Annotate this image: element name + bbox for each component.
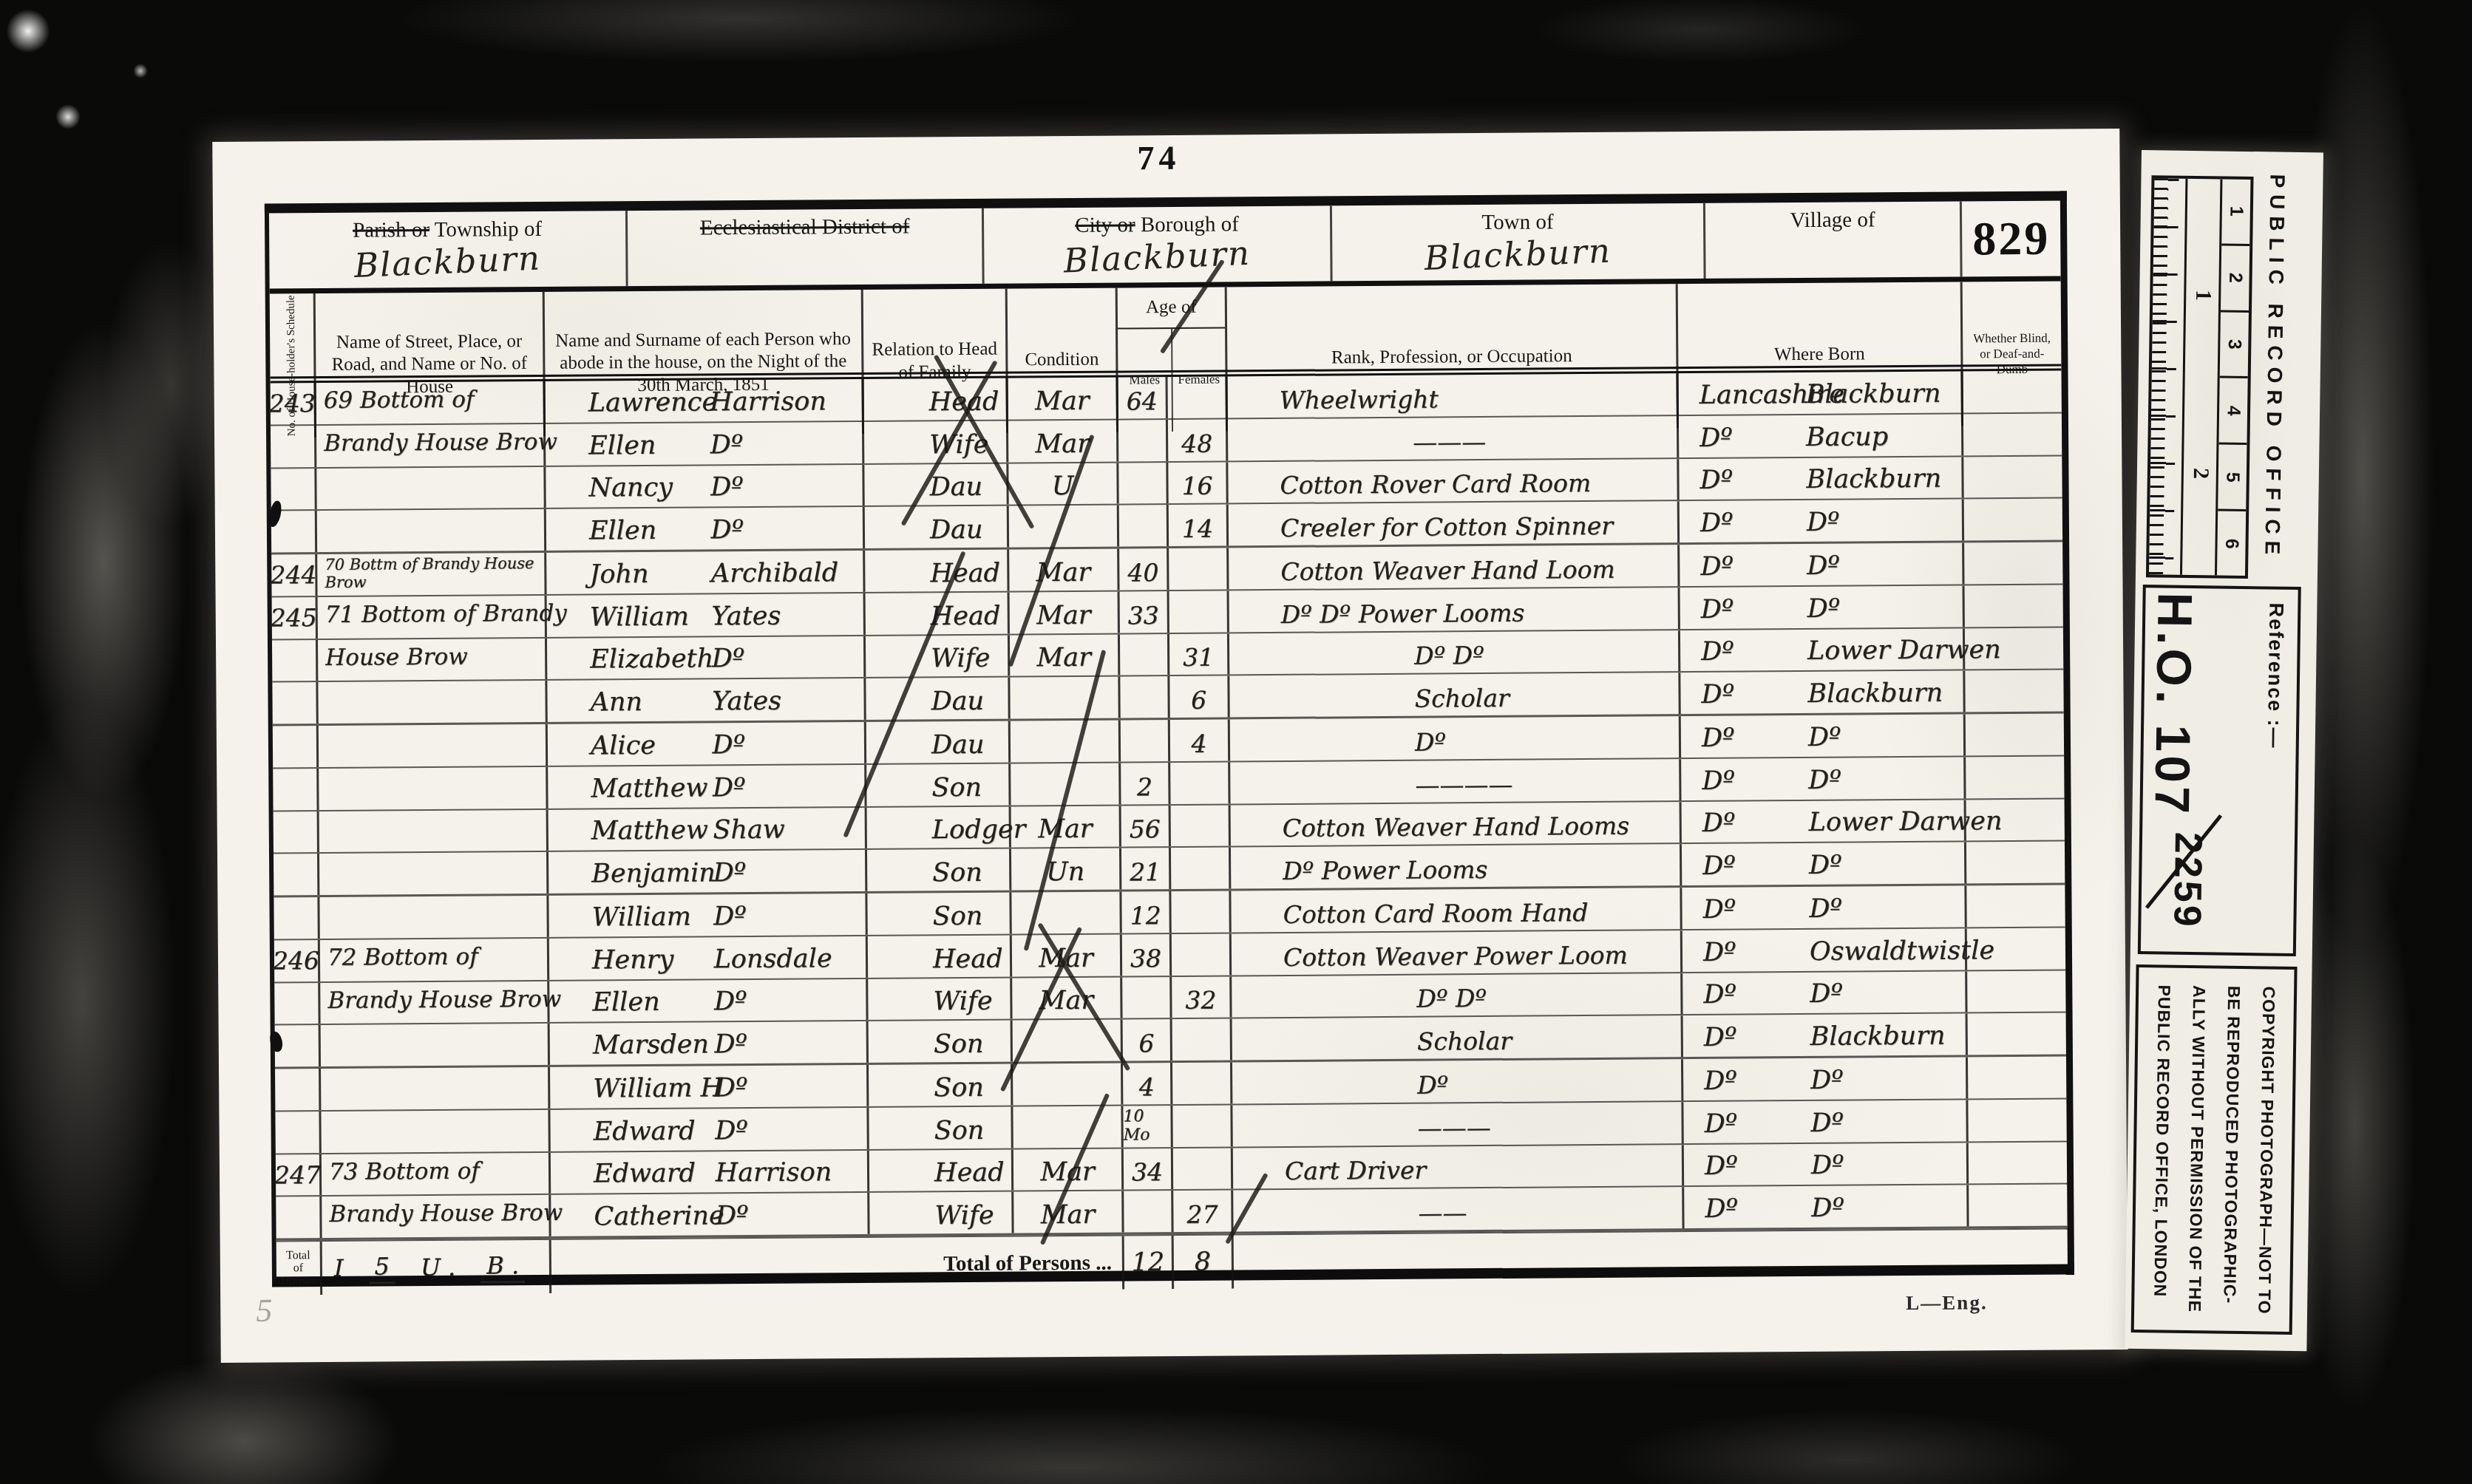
relation: Son	[867, 849, 1011, 891]
age-female	[1171, 805, 1231, 846]
address: Brandy House Brow	[320, 981, 549, 1024]
condition: U	[1008, 463, 1118, 505]
engraver-mark: L—Eng.	[1906, 1291, 1988, 1315]
address	[316, 466, 546, 509]
person-name: EllenDº	[546, 422, 864, 466]
person-name: WilliamDº	[549, 894, 867, 937]
person-name: BenjaminDº	[549, 850, 867, 894]
age-female: 14	[1169, 505, 1229, 546]
age-male	[1118, 463, 1168, 504]
age-male: 33	[1120, 591, 1169, 633]
occupation: ———	[1232, 1102, 1683, 1146]
where-born: DºOswaldtwistle	[1682, 928, 1967, 971]
header-borough: City or Borough of Blackburn	[984, 205, 1333, 283]
blind-deaf	[1965, 627, 2063, 670]
blind-deaf	[1964, 542, 2062, 585]
schedule-number	[274, 897, 319, 939]
address	[319, 809, 549, 852]
where-born: DºDº	[1682, 885, 1966, 928]
address	[321, 1110, 550, 1153]
address	[318, 681, 547, 724]
person-name: NancyDº	[546, 464, 864, 508]
relation: Son	[869, 1106, 1013, 1148]
age-female: 16	[1168, 462, 1228, 503]
person-name: JohnArchibald	[546, 551, 865, 594]
occupation: ———	[1228, 416, 1679, 460]
schedule-number: 244	[271, 554, 317, 596]
where-born: DºBlackburn	[1680, 671, 1965, 714]
schedule-number	[275, 1069, 321, 1110]
occupation: Cotton Weaver Power Loom	[1232, 930, 1682, 975]
blind-deaf	[1963, 413, 2062, 455]
column-headers: No. of House-holder's Schedule Name of S…	[270, 282, 2062, 384]
condition	[1013, 1106, 1123, 1148]
total-persons-females: 8	[1174, 1235, 1235, 1289]
address: Brandy House Brow	[322, 1195, 551, 1238]
blind-deaf	[1963, 371, 2061, 413]
person-name: CatherineDº	[551, 1193, 869, 1236]
schedule-number	[274, 983, 320, 1024]
census-rows: 24369 Bottom ofLawrenceHarrisonHeadMar64…	[271, 371, 2068, 1241]
occupation: Dº Dº	[1232, 973, 1682, 1018]
ruler-inches: 12	[2180, 179, 2220, 576]
condition	[1010, 677, 1120, 719]
where-born: DºDº	[1680, 542, 1964, 585]
condition	[1011, 720, 1121, 762]
address	[319, 852, 549, 895]
occupation: Creeler for Cotton Spinner	[1229, 501, 1680, 545]
occupation: Cotton Card Room Hand	[1231, 888, 1682, 932]
age-male: 10 Mo	[1123, 1106, 1172, 1147]
address	[319, 896, 549, 939]
occupation: Cotton Weaver Hand Loom	[1229, 545, 1680, 589]
address: 70 Bottm of Brandy House Brow	[317, 553, 546, 596]
condition: Mar	[1009, 548, 1119, 590]
address	[321, 1067, 550, 1110]
address: 69 Bottom of	[316, 381, 546, 424]
schedule-number: 243	[271, 383, 316, 424]
schedule-number	[272, 640, 318, 681]
schedule-number: 245	[272, 597, 318, 639]
blind-deaf	[1963, 456, 2062, 498]
occupation: Dº Power Looms	[1231, 844, 1682, 888]
address	[321, 1024, 550, 1066]
age-female	[1170, 762, 1230, 803]
where-born: DºDº	[1681, 757, 1966, 800]
header-ecclesiastical: Ecclesiastical District of	[628, 208, 985, 286]
person-name: EllenDº	[546, 507, 865, 551]
blind-deaf	[1968, 1057, 2066, 1099]
public-record-office-strip: 12 123456 PUBLIC RECORD OFFICE Reference…	[2125, 150, 2323, 1351]
relation: Son	[867, 893, 1011, 935]
header-parish: Parish or Township of Blackburn	[269, 211, 628, 288]
age-male: 38	[1122, 934, 1172, 976]
person-name: EllenDº	[549, 978, 868, 1022]
age-male: 4	[1123, 1063, 1172, 1104]
relation: Head	[864, 378, 1008, 421]
schedule-number	[273, 769, 319, 810]
schedule-number	[272, 682, 318, 724]
occupation: ————	[1230, 759, 1681, 803]
blind-deaf	[1966, 885, 2065, 927]
schedule-number	[273, 726, 319, 767]
condition: Mar	[1011, 806, 1121, 848]
age-female: 6	[1169, 676, 1229, 718]
occupation: Dº	[1232, 1059, 1683, 1103]
age-female	[1169, 590, 1229, 632]
pro-organisation-label: PUBLIC RECORD OFFICE	[2260, 174, 2289, 588]
occupation: Scholar	[1229, 673, 1680, 717]
person-name: MarsdenDº	[550, 1021, 869, 1065]
blind-deaf	[1964, 499, 2062, 541]
occupation: Dº Dº Power Looms	[1229, 588, 1680, 632]
where-born: DºDº	[1682, 843, 1966, 885]
census-form: Parish or Township of Blackburn Ecclesia…	[265, 191, 2074, 1287]
ruler-ticks	[2149, 178, 2185, 575]
occupation: Scholar	[1232, 1015, 1683, 1060]
person-name: ElizabethDº	[547, 636, 866, 679]
schedule-number	[276, 1197, 322, 1238]
age-female	[1173, 1148, 1233, 1189]
occupation: ——	[1233, 1187, 1684, 1231]
age-female	[1168, 376, 1228, 418]
blind-deaf	[1965, 670, 2063, 712]
reference-box: Reference :— H.O. 107 2259	[2138, 585, 2301, 956]
address	[319, 724, 548, 767]
age-male: 64	[1118, 377, 1168, 418]
total-persons-males: 12	[1124, 1236, 1175, 1289]
age-male	[1122, 976, 1172, 1018]
where-born: DºLower Darwen	[1682, 800, 1966, 843]
where-born: DºDº	[1684, 1185, 1969, 1228]
age-male	[1120, 634, 1169, 675]
where-born: DºDº	[1680, 585, 1965, 628]
relation: Wife	[869, 1192, 1013, 1234]
person-name: William HDº	[550, 1065, 869, 1109]
schedule-number: 247	[276, 1154, 322, 1196]
census-page: 74 Parish or Township of Blackburn Eccle…	[212, 129, 2128, 1363]
totals-empty	[1234, 1230, 2068, 1289]
person-name: EdwardDº	[550, 1108, 869, 1151]
age-female	[1172, 933, 1232, 975]
where-born: DºDº	[1682, 971, 1967, 1014]
pencil-annotation: 5	[256, 1291, 272, 1329]
schedule-number	[271, 426, 316, 467]
condition	[1013, 1020, 1123, 1062]
person-name: AnnYates	[547, 678, 866, 722]
blind-deaf	[1966, 756, 2064, 798]
age-female	[1171, 891, 1231, 932]
schedule-number: 246	[274, 940, 320, 981]
condition: Mar	[1013, 1191, 1124, 1233]
header-village: Village of	[1705, 202, 1963, 279]
reference-label: Reference :—	[2263, 602, 2288, 749]
where-born: DºBacup	[1679, 414, 1963, 457]
total-persons-label: Total of Persons ...	[551, 1236, 1124, 1293]
condition: Mar	[1008, 420, 1118, 462]
person-name: MatthewDº	[548, 765, 866, 809]
occupation: Cotton Weaver Hand Looms	[1231, 802, 1682, 846]
blind-deaf	[1969, 1142, 2067, 1184]
blind-deaf	[1969, 1185, 2067, 1227]
address	[319, 767, 548, 810]
reference-series: H.O. 107	[2144, 592, 2203, 817]
relation: Lodger	[867, 806, 1011, 848]
blind-deaf	[1966, 799, 2065, 841]
person-name: AliceDº	[548, 722, 866, 766]
where-born: DºBlackburn	[1679, 457, 1963, 500]
age-female: 31	[1169, 633, 1229, 675]
relation: Son	[869, 1063, 1013, 1106]
age-female	[1172, 1019, 1232, 1061]
age-male	[1118, 420, 1168, 461]
age-male: 56	[1121, 805, 1171, 846]
where-born: DºDº	[1683, 1057, 1968, 1100]
blind-deaf	[1966, 714, 2064, 756]
relation: Head	[869, 1149, 1013, 1191]
age-male: 21	[1121, 848, 1171, 889]
copyright-text: COPYRIGHT PHOTOGRAPH—NOT TO BE REPRODUCE…	[2142, 984, 2286, 1315]
age-female	[1169, 548, 1229, 589]
age-female: 48	[1168, 419, 1228, 460]
relation: Head	[865, 550, 1009, 592]
ruler-centimetres: 123456	[2215, 179, 2250, 576]
age-female	[1171, 848, 1231, 889]
photographed-census-background: 74 Parish or Township of Blackburn Eccle…	[0, 0, 2472, 1484]
condition	[1011, 891, 1121, 933]
age-male	[1120, 676, 1169, 718]
age-female: 4	[1170, 719, 1230, 760]
condition: Un	[1011, 848, 1121, 891]
condition: Mar	[1012, 977, 1122, 1019]
person-name: EdwardHarrison	[551, 1150, 869, 1194]
occupation: Dº Dº	[1229, 630, 1680, 675]
where-born: DºBlackburn	[1683, 1014, 1968, 1057]
age-male: 2	[1121, 763, 1170, 804]
copyright-box: COPYRIGHT PHOTOGRAPH—NOT TO BE REPRODUCE…	[2131, 964, 2298, 1335]
age-female: 32	[1172, 976, 1232, 1018]
total-houses-value: I5U .B .	[322, 1240, 551, 1295]
relation: Dau	[865, 506, 1009, 548]
occupation: Dº	[1230, 716, 1681, 760]
blind-deaf	[1968, 1013, 2066, 1055]
address: House Brow	[318, 638, 547, 681]
relation: Wife	[866, 635, 1010, 677]
total-houses-label: TotalofHouses	[276, 1242, 323, 1295]
blind-deaf	[1965, 585, 2063, 627]
form-header-band: Parish or Township of Blackburn Ecclesia…	[269, 201, 2061, 294]
age-male	[1124, 1191, 1173, 1232]
address: 73 Bottom of	[322, 1152, 551, 1195]
person-name: WilliamYates	[547, 593, 866, 637]
address: Brandy House Brow	[316, 424, 546, 467]
occupation: Cart Driver	[1233, 1145, 1684, 1189]
where-born: DºLower Darwen	[1680, 628, 1965, 671]
address: 72 Bottom of	[320, 939, 549, 981]
relation: Wife	[868, 978, 1012, 1020]
where-born: DºDº	[1681, 714, 1966, 757]
header-town: Town of Blackburn	[1332, 203, 1706, 282]
schedule-number	[275, 1112, 321, 1153]
where-born: DºDº	[1683, 1100, 1968, 1143]
age-male: 34	[1124, 1148, 1173, 1189]
person-name: MatthewShaw	[549, 807, 867, 851]
age-female: 27	[1173, 1191, 1233, 1232]
age-female	[1172, 1105, 1232, 1146]
age-female	[1172, 1062, 1232, 1103]
folio-number: 74	[1062, 137, 1254, 178]
header-page-number: 829	[1962, 201, 2061, 277]
blind-deaf	[1967, 970, 2065, 1012]
relation: Dau	[866, 678, 1010, 720]
relation: Son	[869, 1021, 1013, 1063]
occupation: Wheelwright	[1228, 373, 1679, 418]
where-born: DºDº	[1680, 500, 1964, 542]
person-name: HenryLonsdale	[549, 936, 868, 980]
relation: Head	[868, 935, 1012, 977]
where-born: LancashireBlackburn	[1678, 372, 1963, 415]
blind-deaf	[1966, 842, 2065, 884]
person-name: LawrenceHarrison	[546, 379, 864, 423]
age-male	[1119, 505, 1169, 546]
schedule-number	[274, 854, 319, 895]
age-male: 12	[1121, 891, 1171, 933]
where-born: DºDº	[1684, 1143, 1969, 1185]
age-male	[1121, 720, 1170, 761]
address	[317, 509, 546, 552]
blind-deaf	[1968, 1099, 2066, 1141]
schedule-number	[274, 811, 319, 853]
ruler: 12 123456	[2146, 175, 2254, 579]
condition: Mar	[1008, 377, 1118, 419]
blind-deaf	[1967, 927, 2065, 970]
address: 71 Bottom of Brandy	[318, 596, 547, 639]
reference-piece: 2259	[2164, 832, 2210, 930]
age-male: 6	[1123, 1019, 1172, 1061]
age-male: 40	[1119, 548, 1169, 590]
occupation: Cotton Rover Card Room	[1228, 459, 1679, 503]
relation: Son	[866, 763, 1011, 806]
